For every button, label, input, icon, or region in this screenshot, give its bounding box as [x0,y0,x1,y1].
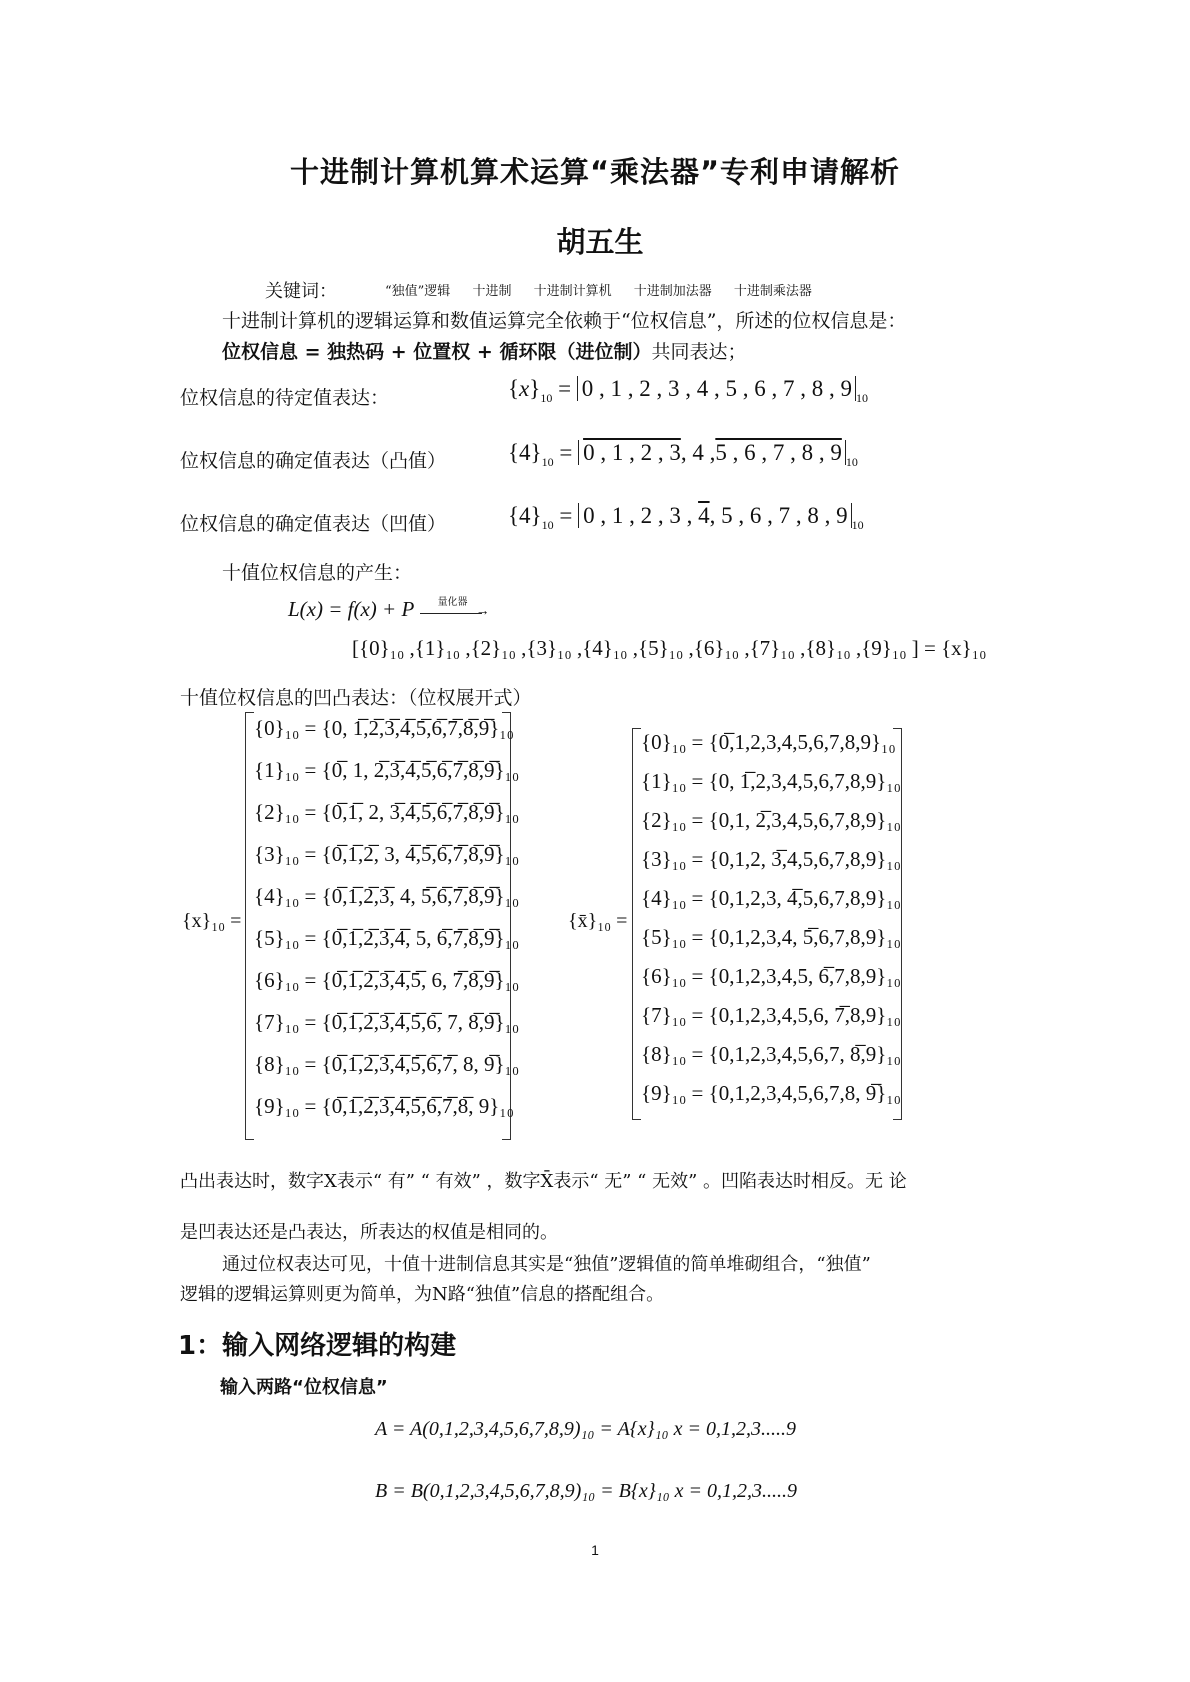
convex-matrix: {0}₁₀ = {0, 1̅,2̅,3̅,4̅,5̅,6̅,7̅,8̅,9̅}₁… [245,712,511,1140]
para2-line-2: 逻辑的逻辑运算则更为简单，为N路“独值”信息的搭配组合。 [180,1280,664,1306]
convex-row: {9}₁₀ = {0̅,1̅,2̅,3̅,4̅,5̅,6̅,7̅,8̅, 9}₁… [254,1094,514,1119]
plain-digits: , 4 , [681,440,716,465]
overlined-digits: 5 , 6 , 7 , 8 , 9 [715,440,842,465]
concave-row: {1}₁₀ = {0, 1̅,2,3,4,5,6,7,8,9}₁₀ [641,769,901,794]
convex-row: {2}₁₀ = {0̅,1̅, 2, 3̅,4̅,5̅,6̅,7̅,8̅,9̅}… [254,800,519,825]
input-a-formula: A = A(0,1,2,3,4,5,6,7,8,9)₁₀ = A{x}₁₀ x … [375,1418,796,1441]
keyword: 十进制计算机 [534,284,612,299]
concave-row: {2}₁₀ = {0,1, 2̅,3,4,5,6,7,8,9}₁₀ [641,808,901,833]
concave-matrix: {0}₁₀ = {0̅,1,2,3,4,5,6,7,8,9}₁₀ {1}₁₀ =… [632,728,902,1120]
expr-lhs: 4 [519,440,531,465]
keywords-label: 关键词： [265,277,337,303]
convex-row: {1}₁₀ = {0̅, 1, 2̅,3̅,4̅,5̅,6̅,7̅,8̅,9̅}… [254,758,519,783]
concave-row: {6}₁₀ = {0,1,2,3,4,5, 6̅,7,8,9}₁₀ [641,964,901,989]
expr-rhs: 0 , 1 , 2 , 3 , 4 , 5 , 6 , 7 , 8 , 9 [577,376,856,401]
expr-convex: {4}10 = 0 , 1 , 2 , 3, 4 ,5 , 6 , 7 , 8 … [508,440,858,470]
keyword: “独值”逻辑 [385,284,450,299]
intro-paragraph: 十进制计算机的逻辑运算和数值运算完全依赖于“位权信息”，所述的位权信息是： [222,306,906,333]
expr-pending: {x}10 = 0 , 1 , 2 , 3 , 4 , 5 , 6 , 7 , … [508,376,868,406]
concave-row: {9}₁₀ = {0,1,2,3,4,5,6,7,8, 9̅}₁₀ [641,1081,901,1106]
input-b-formula: B = B(0,1,2,3,4,5,6,7,8,9)₁₀ = B{x}₁₀ x … [375,1480,797,1503]
concave-row: {0}₁₀ = {0̅,1,2,3,4,5,6,7,8,9}₁₀ [641,730,896,755]
expr-base: 10 [856,391,868,405]
definition-bold: 位权信息 = 独热码 + 位置权 + 循环限（进位制） [222,341,651,363]
generation-result: [{0}₁₀ ,{1}₁₀ ,{2}₁₀ ,{3}₁₀ ,{4}₁₀ ,{5}₁… [352,636,986,661]
generation-formula: L(x) = f(x) + P 量化器 → [288,597,490,622]
convex-row: {8}₁₀ = {0̅,1̅,2̅,3̅,4̅,5̅,6̅,7̅, 8, 9̅}… [254,1052,519,1077]
convex-row: {4}₁₀ = {0̅,1̅,2̅,3̅, 4, 5̅,6̅,7̅,8̅,9̅}… [254,884,519,909]
section-heading: 1：输入网络逻辑的构建 [178,1325,456,1362]
arrow-line [420,613,482,614]
expr-label-concave: 位权信息的确定值表达（凹值） [180,509,446,536]
explain-line-1: 凸出表达时，数字X表示“ 有” “ 有效” ，数字X̄表示“ 无” “ 无效” … [180,1167,907,1193]
expr-rhs: 0 , 1 , 2 , 3, 4 ,5 , 6 , 7 , 8 , 9 [578,440,846,465]
keyword: 十进制加法器 [634,284,712,299]
expr-label-convex: 位权信息的确定值表达（凸值） [180,446,446,473]
concave-row: {7}₁₀ = {0,1,2,3,4,5,6, 7̅,8,9}₁₀ [641,1003,901,1028]
expr-base: 10 [852,518,864,532]
keyword: 十进制 [472,284,511,299]
expr-label-pending: 位权信息的待定值表达： [180,383,389,410]
concave-matrix-lhs: {x̄}₁₀ = [568,910,627,933]
expr-lhs: 4 [519,503,531,528]
concave-row: {5}₁₀ = {0,1,2,3,4, 5̅,6,7,8,9}₁₀ [641,925,901,950]
convex-row: {3}₁₀ = {0̅,1̅,2̅, 3, 4̅,5̅,6̅,7̅,8̅,9̅}… [254,842,519,867]
concave-row: {3}₁₀ = {0,1,2, 3̅,4,5,6,7,8,9}₁₀ [641,847,901,872]
expansion-label: 十值位权信息的凹凸表达：（位权展开式） [180,683,532,710]
keyword: 十进制乘法器 [734,284,812,299]
concave-row: {4}₁₀ = {0,1,2,3, 4̅,5,6,7,8,9}₁₀ [641,886,901,911]
expr-rhs: 0 , 1 , 2 , 3 , 4, 5 , 6 , 7 , 8 , 9 [578,503,852,528]
convex-row: {6}₁₀ = {0̅,1̅,2̅,3̅,4̅,5̅, 6, 7̅,8̅,9̅}… [254,968,519,993]
explain-line-2: 是凹表达还是凸表达，所表达的权值是相同的。 [180,1218,558,1244]
generation-label: 十值位权信息的产生： [222,558,412,585]
page-number: 1 [0,1542,1190,1558]
arrow-label: 量化器 [438,593,468,608]
document-title: 十进制计算机算术运算“乘法器”专利申请解析 [0,150,1190,191]
definition-line: 位权信息 = 独热码 + 位置权 + 循环限（进位制）共同表达； [222,337,746,364]
keywords-list: “独值”逻辑 十进制 十进制计算机 十进制加法器 十进制乘法器 [385,280,830,299]
expr-base: 10 [846,455,858,469]
plain-digits: , 5 , 6 , 7 , 8 , 9 [710,503,848,528]
concave-row: {8}₁₀ = {0,1,2,3,4,5,6,7, 8̅,9}₁₀ [641,1042,901,1067]
expr-concave: {4}10 = 0 , 1 , 2 , 3 , 4, 5 , 6 , 7 , 8… [508,503,864,533]
formula-text: L(x) = f(x) + P [288,597,414,621]
convex-row: {7}₁₀ = {0̅,1̅,2̅,3̅,4̅,5̅,6̅, 7, 8̅,9̅}… [254,1010,519,1035]
overlined-digits: 0 , 1 , 2 , 3 [583,440,681,465]
definition-tail: 共同表达； [651,341,746,363]
quantizer-arrow: 量化器 → [420,601,490,621]
arrow-head-icon: → [476,604,490,620]
convex-matrix-lhs: {x}₁₀ = [182,910,241,933]
expr-lhs: x [519,376,529,401]
para2-line-1: 通过位权表达可见，十值十进制信息其实是“独值”逻辑值的简单堆砌组合，“独值” [222,1250,871,1276]
convex-row: {5}₁₀ = {0̅,1̅,2̅,3̅,4̅, 5, 6̅,7̅,8̅,9̅}… [254,926,519,951]
plain-digits: 0 , 1 , 2 , 3 , [583,503,692,528]
convex-row: {0}₁₀ = {0, 1̅,2̅,3̅,4̅,5̅,6̅,7̅,8̅,9̅}₁… [254,716,514,741]
section-subheading: 输入两路“位权信息” [220,1373,388,1399]
author-name: 胡五生 [0,220,1190,261]
overlined-digits: 4 [698,503,710,528]
